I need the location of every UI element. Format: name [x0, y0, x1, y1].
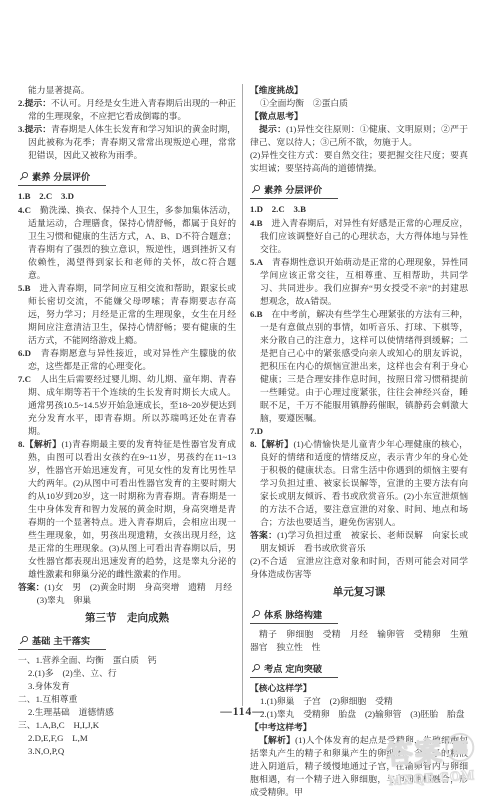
left-column: 能力显著提高。 2.提示：不认可。月经是女生进入青春期后出现的一种正常的生理现象…	[18, 84, 242, 706]
hint-item: 2.提示：不认可。月经是女生进入青春期后出现的一种正常的生理现象，不应把它看成倒…	[18, 97, 236, 123]
analysis-item: 8.【解析】(1)青春期最主要的发育特征是性器官发育成熟，由图可以看出女孩约在9…	[18, 438, 236, 581]
fill-answer-line: 三、1.A,B,C H,I,J,K	[18, 719, 236, 732]
fill-answer-line: 精子 卵细胞 受精 月经 输卵管 受精卵 生殖器官 独立性 性	[250, 628, 468, 654]
item-text: 青春期性意识开始萌动是正常的心理现象，异性同学间应该正常交往，互相尊重、互相帮助…	[260, 257, 468, 306]
unit-review-title: 单元复习课	[250, 585, 468, 600]
section-header-word2: 主干落实	[53, 633, 90, 647]
item-text: (1)心情愉快是儿童青少年心理健康的核心，良好的情绪和适度的情绪反应，表示青少年…	[260, 439, 468, 527]
feature-tag: 【微点思考】	[250, 110, 468, 123]
item-lead: 【解析】	[259, 735, 295, 745]
answer-item: 5.A 青春期性意识开始萌动是正常的心理现象，异性同学间应该正常交往，互相尊重、…	[250, 256, 468, 308]
answers-summary: 答案：(1)女 男 (2)黄金时期 身高突增 遗精 月经 (3)睾丸 卵巢	[18, 581, 236, 607]
item-lead: 7.C	[18, 374, 31, 384]
magnifier-icon	[251, 609, 261, 619]
section-header-suyang: 素养 分层评价	[250, 181, 468, 199]
subsection-title: 第三节 走向成熟	[18, 611, 236, 626]
item-text: 进入青春期，同学间应互相交流和帮助，跟家长或师长密切交流，不能嫌父母啰嗦；青春期…	[28, 283, 236, 345]
answer-item: 6.D 青春期愿意与异性接近，或对异性产生朦胧的依恋，这些都是正常的心理变化。	[18, 347, 236, 373]
item-lead: 3.提示：	[18, 124, 51, 134]
choice-answers-line: 1.B 2.C 3.D	[18, 190, 236, 203]
item-lead: 6.D	[18, 348, 31, 358]
section-header-word1: 素养	[32, 169, 50, 183]
analysis-item: 8.【解析】(1)心情愉快是儿童青少年心理健康的核心，良好的情绪和适度的情绪反应…	[250, 438, 468, 529]
section-header-word2: 脉络构建	[285, 607, 322, 621]
feature-tag: 【维度挑战】	[250, 84, 468, 97]
page-number: —114—	[0, 706, 485, 718]
right-column: 【维度挑战】 ①全面均衡 ②蛋白质 【微点思考】 提示：(1)异性交往原则：①健…	[243, 84, 468, 706]
item-text: (1)女 男 (2)黄金时期 身高突增 遗精 月经 (3)睾丸 卵巢	[28, 582, 232, 605]
section-header-word1: 体系	[264, 607, 282, 621]
item-lead: 答案：	[18, 582, 44, 592]
magnifier-icon	[19, 635, 29, 645]
section-header-word1: 基础	[32, 633, 50, 647]
answer-page-body: 能力显著提高。 2.提示：不认可。月经是女生进入青春期后出现的一种正常的生理现象…	[18, 84, 470, 706]
item-text: 青春期愿意与异性接近，或对异性产生朦胧的依恋，这些都是正常的心理变化。	[28, 348, 236, 371]
answers-summary: (2)不合适 宣泄应注意对象和时间，否则可能会对同学身体造成伤害等	[250, 555, 468, 581]
item-lead: 6.B	[250, 309, 262, 319]
fill-answer-line: 3.N,O,P,Q	[28, 745, 236, 758]
paragraph-continuation: 能力显著提高。	[28, 84, 236, 97]
item-text: (1)青春期最主要的发育特征是性器官发育成熟，由图可以看出女孩约在9~11岁，男…	[28, 439, 236, 579]
item-text: (1)学习负担过重 被家长、老师误解 向家长或朋友倾诉 看书或欣赏音乐	[260, 530, 468, 553]
item-lead: 4.C	[18, 205, 31, 215]
magnifier-icon	[251, 184, 261, 194]
item-lead: 4.B	[250, 218, 262, 228]
choice-answers-line: 1.D 2.C 3.B	[250, 203, 468, 216]
item-text: 进入青春期后，对异性有好感是正常的心理反应，我们应该调整好自己的心理状态，大方得…	[260, 218, 468, 254]
answer-item: 7.D	[250, 425, 468, 438]
item-text: 人出生后需要经过婴儿期、幼儿期、童年期、青春期、成年期等若干个连续的生长发育时期…	[28, 374, 236, 436]
watermark-text: 答案	[384, 729, 445, 772]
fill-answer-line: 2.(1)多 (2)坐、立、行	[28, 667, 236, 680]
item-lead: 8.【解析】	[250, 439, 293, 449]
section-header-kaodian: 考点 定向突破	[250, 660, 468, 678]
magnifier-icon	[19, 171, 29, 181]
item-lead: 7.D	[250, 426, 263, 436]
item-lead: 提示：	[259, 124, 286, 134]
watermark-circle-badge: 圈	[444, 732, 475, 763]
hint-item: 提示：(1)异性交往原则：①健康、文明原则；②严于律己、宽以待人；③己所不欲，勿…	[250, 123, 468, 149]
fill-answer-line: 二、1.互相尊重	[18, 693, 236, 706]
section-header-suyang: 素养 分层评价	[18, 168, 236, 186]
section-header-word2: 定向突破	[285, 661, 322, 675]
section-header-tixi: 体系 脉络构建	[250, 606, 468, 624]
section-header-inner: 体系 脉络构建	[250, 607, 338, 624]
section-header-inner: 素养 分层评价	[18, 169, 106, 186]
fill-answer-line: 3.身体发育	[28, 680, 236, 693]
item-lead: 5.B	[18, 283, 30, 293]
section-header-word1: 素养	[264, 182, 282, 196]
item-lead: 2.提示：	[18, 98, 51, 108]
answer-item: 6.B 在中考前，解决有些学生心理紧张的方法有三种，一是有意做点别的事情，如听音…	[250, 308, 468, 425]
section-header-word1: 考点	[264, 661, 282, 675]
item-text: 勤洗澡、换衣、保持个人卫生，多参加集体活动，适量运动，合理膳食，保持心情舒畅，都…	[28, 205, 236, 280]
section-header-inner: 考点 定向突破	[250, 661, 338, 678]
item-lead: 答案：	[250, 530, 277, 540]
section-header-inner: 素养 分层评价	[250, 182, 338, 199]
feature-tag: 【核心这样学】	[250, 682, 468, 695]
item-lead: 5.A	[250, 257, 263, 267]
item-text: 青春期是人体生长发育和学习知识的黄金时期，因此被称为花季；青春期又常常出现叛逆心…	[28, 124, 236, 160]
section-header-jichu: 基础 主干落实	[18, 632, 236, 650]
section-header-word2: 分层评价	[285, 182, 322, 196]
hint-item: 3.提示：青春期是人体生长发育和学习知识的黄金时期，因此被称为花季；青春期又常常…	[18, 123, 236, 162]
watermark: 答案 圈 MXQE.COM	[384, 727, 477, 789]
magnifier-icon	[251, 663, 261, 673]
answer-item: 4.B 进入青春期后，对异性有好感是正常的心理反应，我们应该调整好自己的心理状态…	[250, 217, 468, 256]
answer-item: 5.B 进入青春期，同学间应互相交流和帮助，跟家长或师长密切交流，不能嫌父母啰嗦…	[18, 282, 236, 347]
item-text: 不认可。月经是女生进入青春期后出现的一种正常的生理现象，不应把它看成倒霉的事。	[28, 98, 236, 121]
item-lead: 8.【解析】	[18, 439, 61, 449]
fill-answer-line: 2.D,E,F,G L,M	[28, 732, 236, 745]
fill-answer-line: 一、1.营养全面、均衡 蛋白质 钙	[18, 654, 236, 667]
section-header-word2: 分层评价	[53, 169, 90, 183]
answer-item: 7.C 人出生后需要经过婴儿期、幼儿期、童年期、青春期、成年期等若干个连续的生长…	[18, 373, 236, 438]
fill-answer-line: ①全面均衡 ②蛋白质	[260, 97, 468, 110]
hint-item: (2)异性交往方式：要自然交往；要把握交往尺度；要真实坦诚；要坚持高尚的道德情操…	[250, 149, 468, 175]
answers-summary: 答案：(1)学习负担过重 被家长、老师误解 向家长或朋友倾诉 看书或欣赏音乐	[250, 529, 468, 555]
section-header-inner: 基础 主干落实	[18, 633, 106, 650]
item-text: 在中考前，解决有些学生心理紧张的方法有三种，一是有意做点别的事情，如听音乐、打球…	[260, 309, 468, 423]
answer-item: 4.C 勤洗澡、换衣、保持个人卫生，多参加集体活动，适量运动，合理膳食，保持心情…	[18, 204, 236, 282]
